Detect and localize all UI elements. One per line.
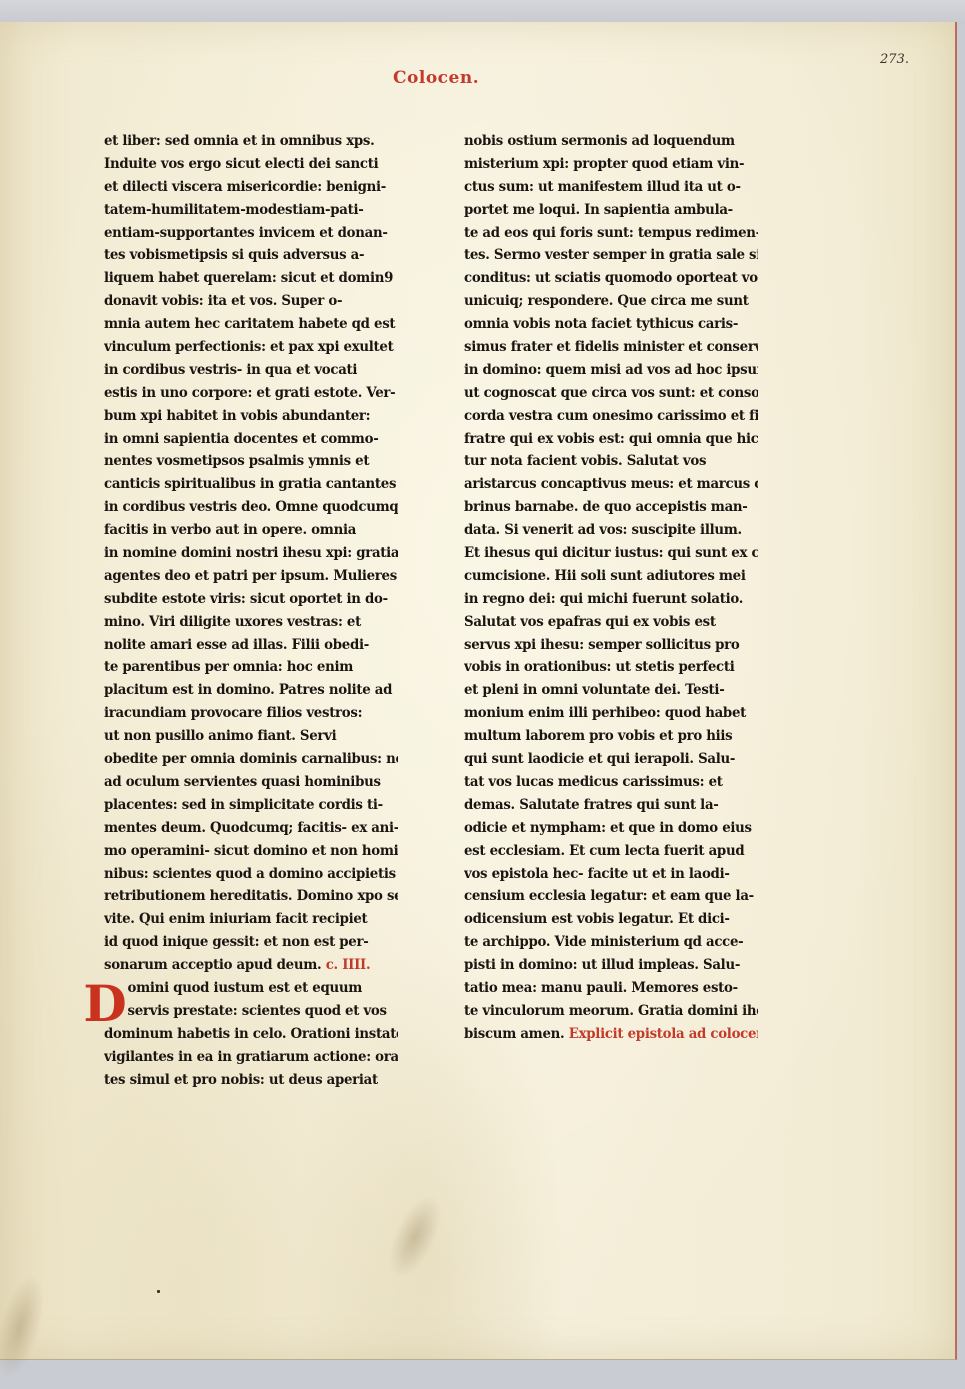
text-line: placentes: sed in simplicitate cordis ti… — [104, 794, 398, 817]
text-line: ut cognoscat que circa vos sunt: et cons… — [464, 382, 758, 405]
text-line: dominum habetis in celo. Orationi instat… — [104, 1023, 398, 1046]
text-line: fratre qui ex vobis est: qui omnia que h… — [464, 428, 758, 451]
text-line: servus xpi ihesu: semper sollicitus pro — [464, 634, 758, 657]
text-line: ctus sum: ut manifestem illud ita ut o- — [464, 176, 758, 199]
scan-background — [0, 0, 965, 24]
text-line: et pleni in omni voluntate dei. Testi- — [464, 679, 758, 702]
text-line: entiam-supportantes invicem et donan- — [104, 222, 398, 245]
chapter-end-text: sonarum acceptio apud deum. — [104, 957, 321, 973]
text-line: conditus: ut sciatis quomodo oporteat vo… — [464, 267, 758, 290]
text-line: estis in uno corpore: et grati estote. V… — [104, 382, 398, 405]
text-line: vinculum perfectionis: et pax xpi exulte… — [104, 336, 398, 359]
text-line: bum xpi habitet in vobis abundanter: — [104, 405, 398, 428]
closing-text: biscum amen. — [464, 1026, 564, 1042]
text-line: et dilecti viscera misericordie: benigni… — [104, 176, 398, 199]
text-line: mnia autem hec caritatem habete qd est — [104, 313, 398, 336]
text-line: tatem-humilitatem-modestiam-pati- — [104, 199, 398, 222]
text-line: in cordibus vestris deo. Omne quodcumq; — [104, 496, 398, 519]
text-line: nentes vosmetipsos psalmis ymnis et — [104, 450, 398, 473]
text-line: pisti in domino: ut illud impleas. Salu- — [464, 954, 758, 977]
text-line: omnia vobis nota faciet tythicus caris- — [464, 313, 758, 336]
chapter-four-opening: omini quod iustum est et equumservis pre… — [104, 977, 404, 1091]
text-line: Salutat vos epafras qui ex vobis est — [464, 611, 758, 634]
running-head: Colocen. — [393, 68, 479, 88]
text-line: mo operamini- sicut domino et non homi- — [104, 840, 398, 863]
text-line: aristarcus concaptivus meus: et marcus c… — [464, 473, 758, 496]
text-line: agentes deo et patri per ipsum. Mulieres — [104, 565, 398, 588]
text-line: servis prestate: scientes quod et vos — [104, 1000, 398, 1023]
text-line: canticis spiritualibus in gratia cantant… — [104, 473, 398, 496]
left-column-lines: et liber: sed omnia et in omnibus xps.In… — [104, 130, 404, 954]
text-line: et liber: sed omnia et in omnibus xps. — [104, 130, 398, 153]
ink-speck — [157, 1290, 160, 1293]
text-line: obedite per omnia dominis carnalibus: no… — [104, 748, 398, 771]
text-line: Et ihesus qui dicitur iustus: qui sunt e… — [464, 542, 758, 565]
text-line: in omni sapientia docentes et commo- — [104, 428, 398, 451]
text-line: tes vobismetipsis si quis adversus a- — [104, 244, 398, 267]
text-line: omini quod iustum est et equum — [104, 977, 398, 1000]
text-line: in domino: quem misi ad vos ad hoc ipsum — [464, 359, 758, 382]
text-line: cumcisione. Hii soli sunt adiutores mei — [464, 565, 758, 588]
pressed-flower-stain — [378, 1188, 452, 1286]
text-line: nolite amari esse ad illas. Filii obedi- — [104, 634, 398, 657]
text-line: odicie et nympham: et que in domo eius — [464, 817, 758, 840]
text-line: misterium xpi: propter quod etiam vin- — [464, 153, 758, 176]
text-line: facitis in verbo aut in opere. omnia — [104, 519, 398, 542]
text-line: Induite vos ergo sicut electi dei sancti — [104, 153, 398, 176]
text-line: te parentibus per omnia: hoc enim — [104, 656, 398, 679]
text-line: liquem habet querelam: sicut et domin9 — [104, 267, 398, 290]
closing-line: biscum amen. Explicit epistola ad coloce… — [464, 1023, 758, 1046]
text-line: est ecclesiam. Et cum lecta fuerit apud — [464, 840, 758, 863]
text-line: data. Si venerit ad vos: suscipite illum… — [464, 519, 758, 542]
text-line: in nomine domini nostri ihesu xpi: grati… — [104, 542, 398, 565]
chapter-end-line: sonarum acceptio apud deum. c. IIII. — [104, 954, 398, 977]
text-line: odicensium est vobis legatur. Et dici- — [464, 908, 758, 931]
text-line: portet me loqui. In sapientia ambula- — [464, 199, 758, 222]
text-line: ut non pusillo animo fiant. Servi — [104, 725, 398, 748]
text-line: in regno dei: qui michi fuerunt solatio. — [464, 588, 758, 611]
text-line: iracundiam provocare filios vestros: — [104, 702, 398, 725]
text-line: nobis ostium sermonis ad loquendum — [464, 130, 758, 153]
text-line: subdite estote viris: sicut oportet in d… — [104, 588, 398, 611]
text-line: in cordibus vestris- in qua et vocati — [104, 359, 398, 382]
text-line: mino. Viri diligite uxores vestras: et — [104, 611, 398, 634]
text-line: demas. Salutate fratres qui sunt la- — [464, 794, 758, 817]
right-text-column: nobis ostium sermonis ad loquendummister… — [464, 130, 764, 1046]
text-line: tur nota facient vobis. Salutat vos — [464, 450, 758, 473]
text-line: vigilantes in ea in gratiarum actione: o… — [104, 1046, 398, 1069]
text-line: monium enim illi perhibeo: quod habet — [464, 702, 758, 725]
decorated-initial-letter: D — [82, 982, 128, 1026]
text-line: vobis in orationibus: ut stetis perfecti — [464, 656, 758, 679]
text-line: id quod inique gessit: et non est per- — [104, 931, 398, 954]
left-text-column: et liber: sed omnia et in omnibus xps.In… — [104, 130, 404, 1091]
text-line: mentes deum. Quodcumq; facitis- ex ani- — [104, 817, 398, 840]
text-line: te archippo. Vide ministerium qd acce- — [464, 931, 758, 954]
text-line: te vinculorum meorum. Gratia domini ihes… — [464, 1000, 758, 1023]
text-line: brinus barnabe. de quo accepistis man- — [464, 496, 758, 519]
explicit-rubric: Explicit epistola ad colocen. — [569, 1026, 758, 1042]
text-line: nibus: scientes quod a domino accipietis — [104, 863, 398, 886]
text-line: unicuiq; respondere. Que circa me sunt — [464, 290, 758, 313]
text-line: retributionem hereditatis. Domino xpo se… — [104, 885, 398, 908]
text-line: donavit vobis: ita et vos. Super o- — [104, 290, 398, 313]
text-line: simus frater et fidelis minister et cons… — [464, 336, 758, 359]
right-column-lines: nobis ostium sermonis ad loquendummister… — [464, 130, 764, 1023]
folio-number: 273. — [880, 52, 909, 67]
text-line: vos epistola hec- facite ut et in laodi- — [464, 863, 758, 886]
text-line: tes. Sermo vester semper in gratia sale … — [464, 244, 758, 267]
text-line: te ad eos qui foris sunt: tempus redimen… — [464, 222, 758, 245]
text-line: tat vos lucas medicus carissimus: et — [464, 771, 758, 794]
text-line: qui sunt laodicie et qui ierapoli. Salu- — [464, 748, 758, 771]
text-line: corda vestra cum onesimo carissimo et fi… — [464, 405, 758, 428]
text-line: vite. Qui enim iniuriam facit recipiet — [104, 908, 398, 931]
text-line: tes simul et pro nobis: ut deus aperiat — [104, 1069, 398, 1092]
chapter-marker: c. IIII. — [326, 957, 371, 973]
text-line: ad oculum servientes quasi hominibus — [104, 771, 398, 794]
text-line: placitum est in domino. Patres nolite ad — [104, 679, 398, 702]
edge-flower-stain — [0, 1269, 54, 1386]
text-line: censium ecclesia legatur: et eam que la- — [464, 885, 758, 908]
text-line: tatio mea: manu pauli. Memores esto- — [464, 977, 758, 1000]
text-line: multum laborem pro vobis et pro hiis — [464, 725, 758, 748]
